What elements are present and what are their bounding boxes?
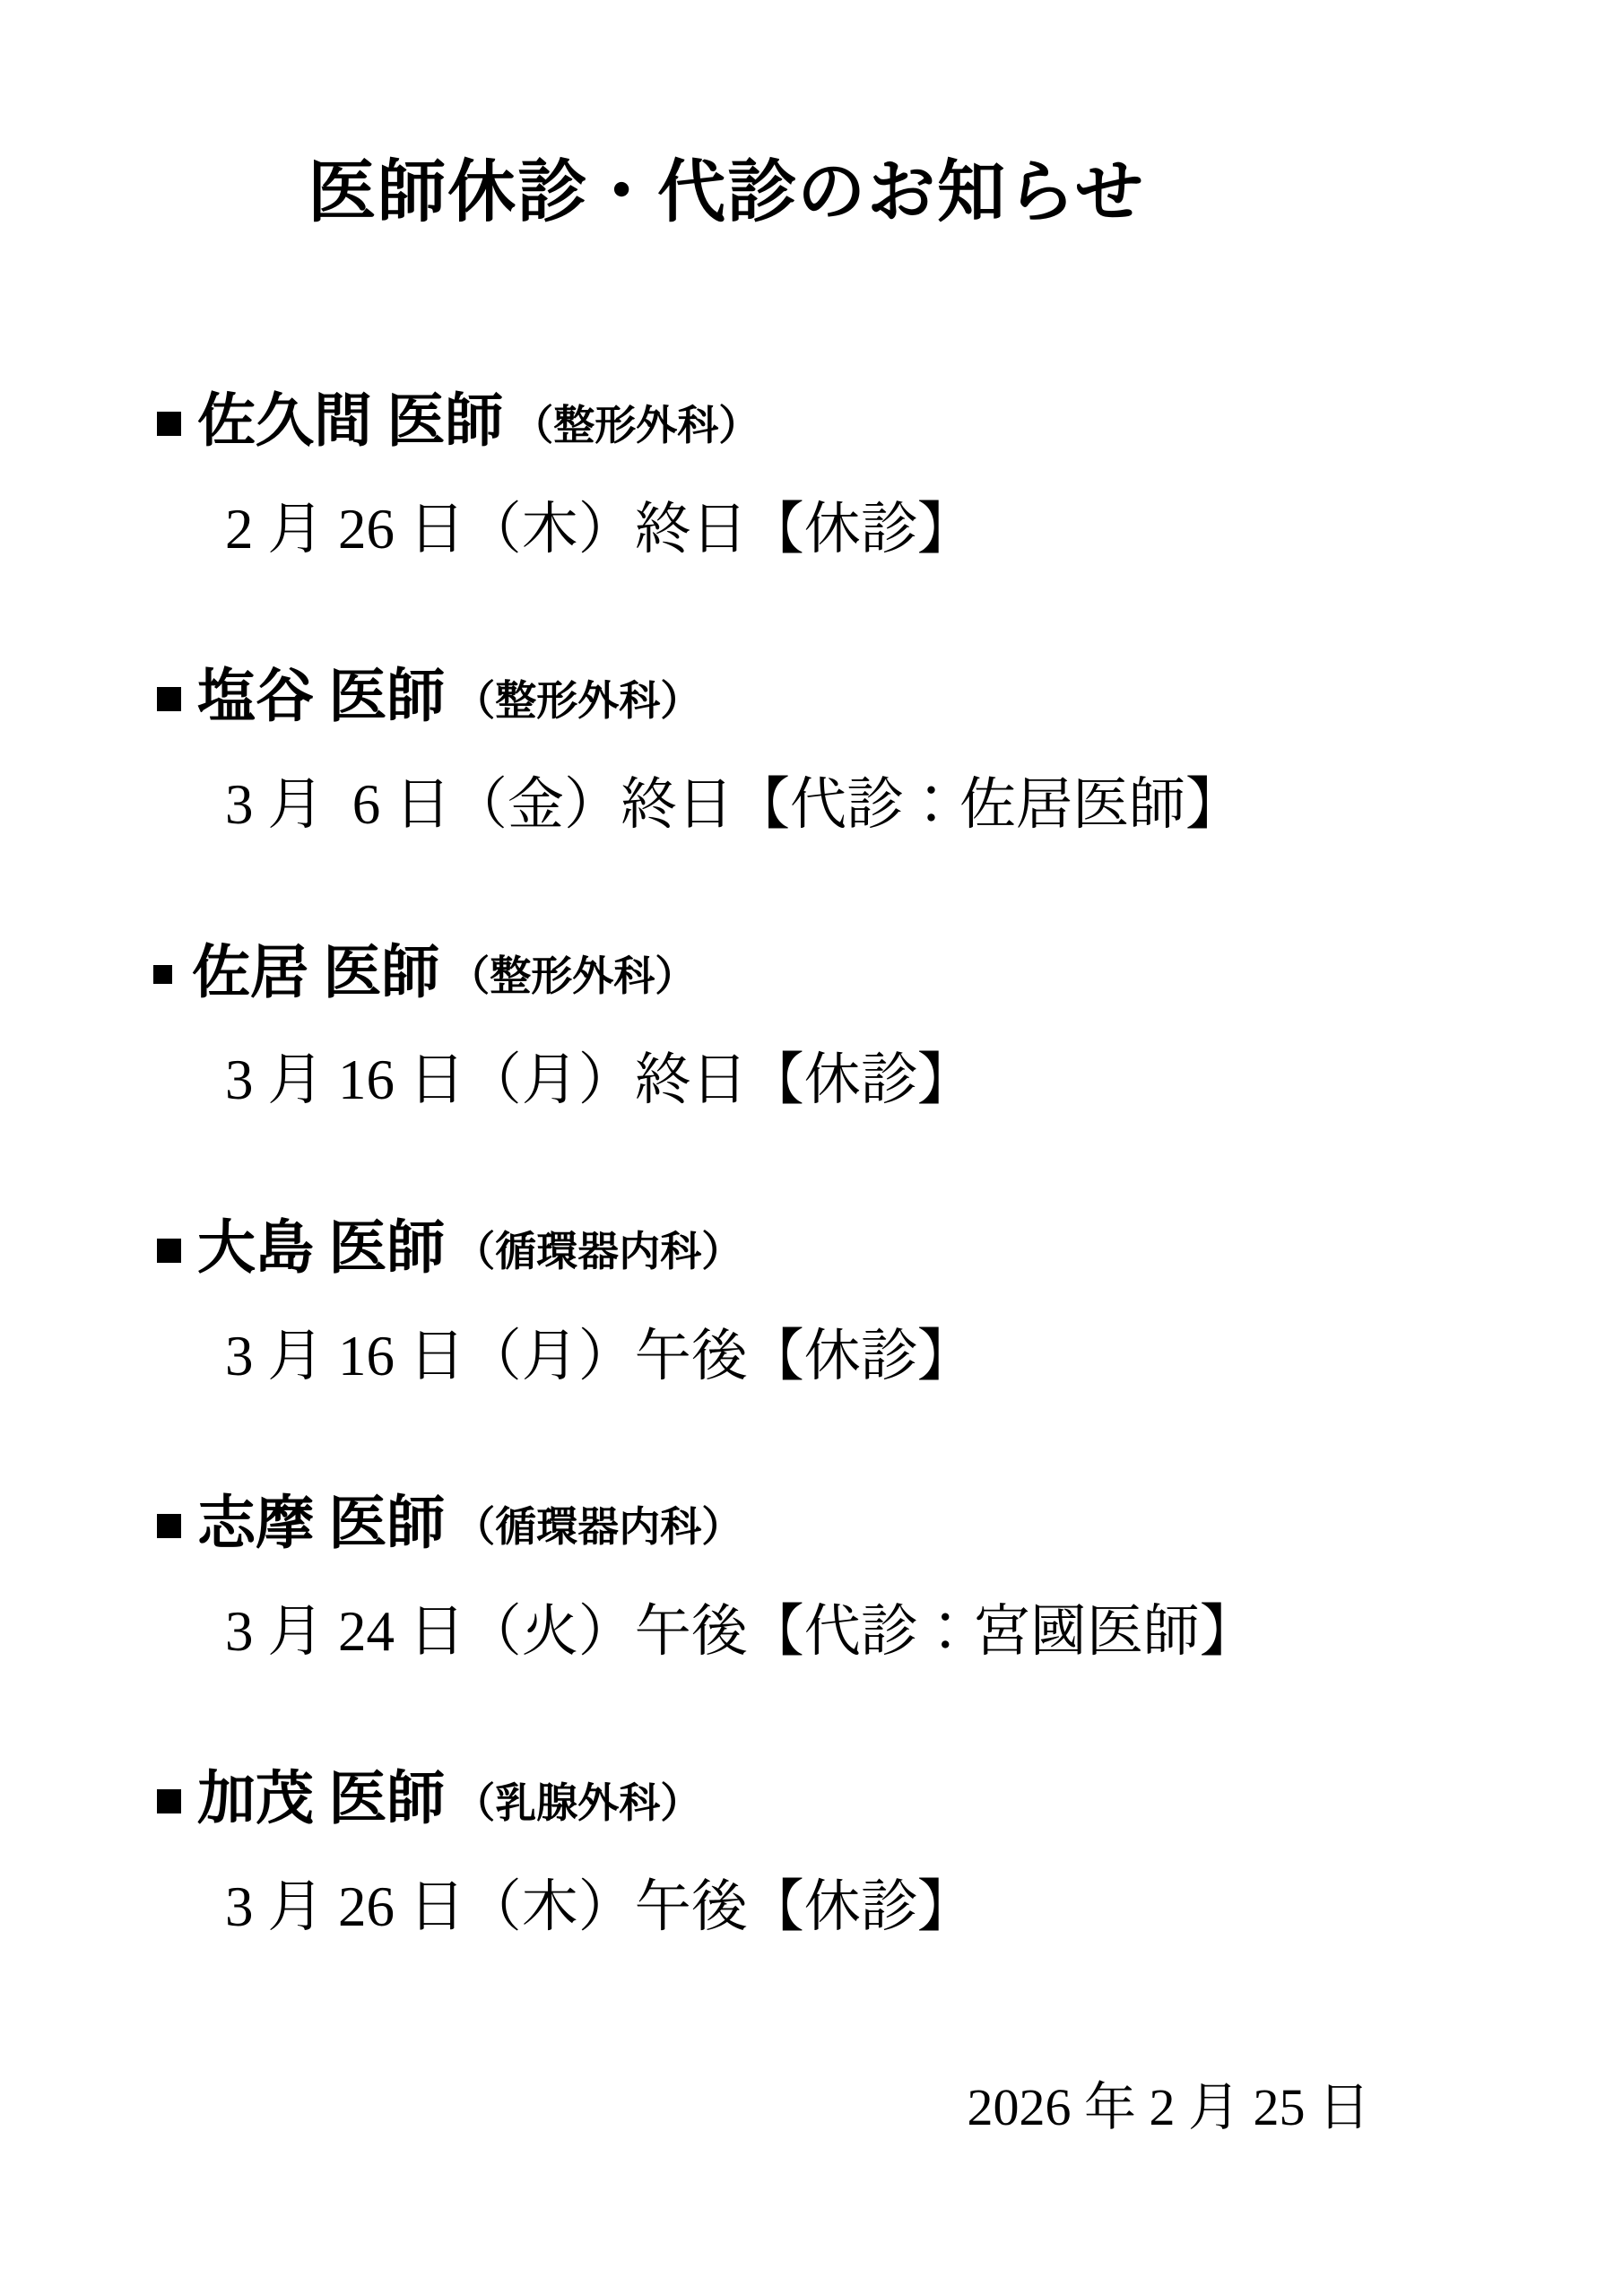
notice-item: 佐居 医師 （整形外科） 3 月 16 日（月）終日【休診】 [157, 940, 1623, 1113]
doctor-name: 塩谷 医師 [197, 664, 445, 731]
notice-header: 塩谷 医師 （整形外科） [157, 664, 1623, 731]
schedule-text: 3 月 6 日（金）終日【代診：佐居医師】 [157, 772, 1623, 837]
bullet-square-icon [157, 1514, 181, 1538]
department-label: （整形外科） [448, 944, 696, 1003]
department-label: （整形外科） [454, 668, 701, 727]
notice-item: 塩谷 医師 （整形外科） 3 月 6 日（金）終日【代診：佐居医師】 [157, 664, 1623, 837]
bullet-square-icon [157, 687, 181, 711]
notice-document: 医師休診・代診のお知らせ 佐久間 医師 （整形外科） 2 月 26 日（木）終日… [0, 0, 1623, 2296]
notice-list: 佐久間 医師 （整形外科） 2 月 26 日（木）終日【休診】 塩谷 医師 （整… [0, 388, 1623, 1939]
bullet-square-icon [157, 1789, 181, 1813]
schedule-text: 3 月 24 日（火）午後【代診：宮國医師】 [157, 1599, 1623, 1664]
schedule-text: 3 月 16 日（月）終日【休診】 [157, 1048, 1623, 1112]
notice-header: 志摩 医師 （循環器内科） [157, 1491, 1623, 1558]
notice-item: 大島 医師 （循環器内科） 3 月 16 日（月）午後【休診】 [157, 1215, 1623, 1388]
notice-header: 佐久間 医師 （整形外科） [157, 388, 1623, 456]
bullet-square-icon [157, 412, 181, 436]
notice-header: 佐居 医師 （整形外科） [157, 940, 1623, 1007]
doctor-name: 佐久間 医師 [197, 388, 503, 456]
notice-item: 佐久間 医師 （整形外科） 2 月 26 日（木）終日【休診】 [157, 388, 1623, 561]
schedule-text: 3 月 16 日（月）午後【休診】 [157, 1324, 1623, 1388]
bullet-square-icon [157, 1239, 181, 1263]
doctor-name: 志摩 医師 [197, 1491, 445, 1558]
bullet-square-icon [153, 965, 172, 984]
doctor-name: 加茂 医師 [197, 1766, 445, 1833]
department-label: （循環器内科） [454, 1494, 742, 1553]
notice-item: 志摩 医師 （循環器内科） 3 月 24 日（火）午後【代診：宮國医師】 [157, 1491, 1623, 1664]
schedule-text: 3 月 26 日（木）午後【休診】 [157, 1874, 1623, 1939]
department-label: （整形外科） [512, 393, 759, 452]
notice-item: 加茂 医師 （乳腺外科） 3 月 26 日（木）午後【休診】 [157, 1766, 1623, 1939]
issue-date: 2026 年 2 月 25 日 [0, 2078, 1623, 2138]
doctor-name: 大島 医師 [197, 1215, 445, 1283]
notice-header: 大島 医師 （循環器内科） [157, 1215, 1623, 1283]
doctor-name: 佐居 医師 [192, 940, 439, 1007]
schedule-text: 2 月 26 日（木）終日【休診】 [157, 497, 1623, 561]
department-label: （循環器内科） [454, 1219, 742, 1278]
notice-header: 加茂 医師 （乳腺外科） [157, 1766, 1623, 1833]
page-title: 医師休診・代診のお知らせ [0, 0, 1453, 234]
department-label: （乳腺外科） [454, 1770, 701, 1830]
